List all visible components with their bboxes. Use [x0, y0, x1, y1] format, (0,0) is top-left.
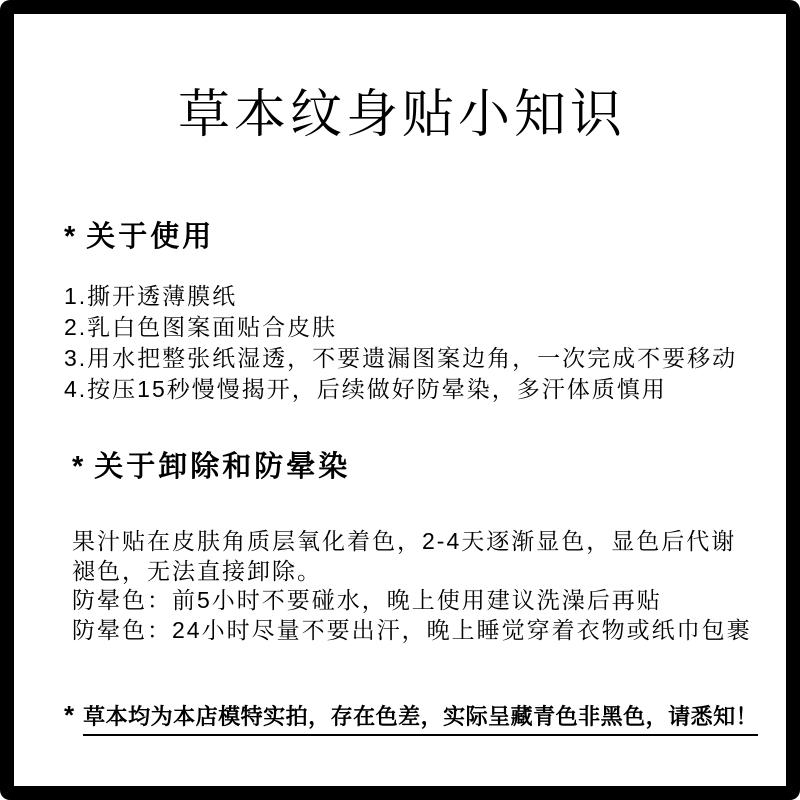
footer-note: * 草本均为本店模特实拍，存在色差，实际呈藏青色非黑色，请悉知！ [64, 700, 758, 736]
section-heading-label: 关于卸除和防晕染 [94, 444, 350, 485]
asterisk-marker: * [72, 451, 83, 484]
section-heading-removal: * 关于卸除和防晕染 [72, 444, 350, 485]
section-heading-usage: * 关于使用 [64, 214, 214, 255]
usage-steps-list: 1.撕开透薄膜纸 2.乳白色图案面贴合皮肤 3.用水把整张纸湿透，不要遗漏图案边… [64, 281, 760, 405]
poster-title: 草本纹身贴小知识 [0, 72, 800, 147]
list-item: 2.乳白色图案面贴合皮肤 [64, 312, 760, 343]
paragraph-line: 防晕色：前5小时不要碰水，晚上使用建议洗澡后再贴 [72, 586, 760, 616]
paragraph-line: 褪色，无法直接卸除。 [72, 557, 760, 587]
list-item: 4.按压15秒慢慢揭开，后续做好防晕染，多汗体质慎用 [64, 374, 760, 405]
removal-paragraph: 果汁贴在皮肤角质层氧化着色，2-4天逐渐显色，显色后代谢 褪色，无法直接卸除。 … [72, 527, 760, 645]
paragraph-line: 防晕色：24小时尽量不要出汗，晚上睡觉穿着衣物或纸巾包裹 [72, 616, 760, 646]
section-heading-label: 关于使用 [86, 214, 214, 255]
list-item: 3.用水把整张纸湿透，不要遗漏图案边角，一次完成不要移动 [64, 343, 760, 374]
list-item: 1.撕开透薄膜纸 [64, 281, 760, 312]
footer-note-text: 草本均为本店模特实拍，存在色差，实际呈藏青色非黑色，请悉知！ [83, 700, 758, 736]
asterisk-marker: * [64, 221, 75, 254]
paragraph-line: 果汁贴在皮肤角质层氧化着色，2-4天逐渐显色，显色后代谢 [72, 527, 760, 557]
poster-canvas: 草本纹身贴小知识 * 关于使用 1.撕开透薄膜纸 2.乳白色图案面贴合皮肤 3.… [0, 0, 800, 800]
asterisk-marker: * [64, 700, 74, 731]
